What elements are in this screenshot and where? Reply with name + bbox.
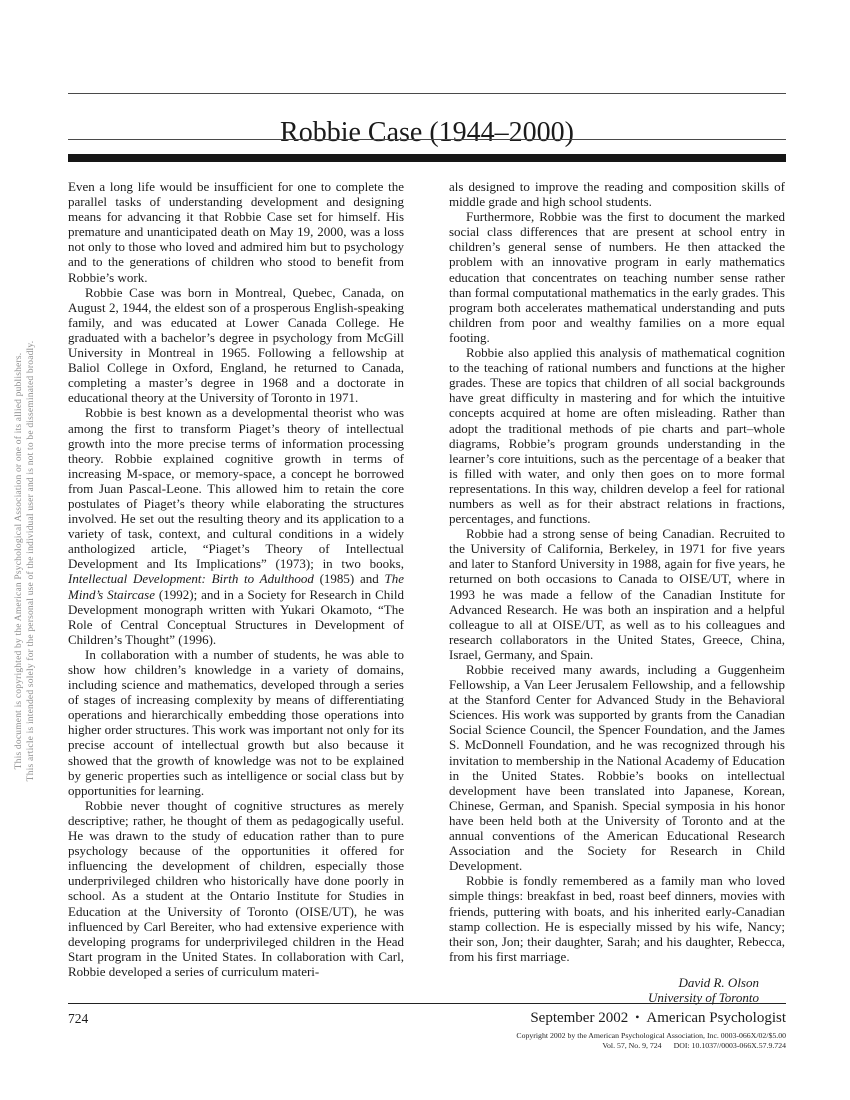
paragraph: Robbie received many awards, including a…	[449, 662, 785, 873]
paragraph: In collaboration with a number of studen…	[68, 647, 404, 798]
journal-date: September 2002	[530, 1010, 628, 1026]
sidebar-notice-line-2: This article is intended solely for the …	[26, 290, 38, 832]
text-run: als designed to improve the reading and …	[449, 179, 785, 209]
right-column: als designed to improve the reading and …	[449, 179, 785, 1006]
text-run: Robbie Case was born in Montreal, Quebec…	[68, 285, 404, 406]
journal-page: This document is copyrighted by the Amer…	[0, 0, 850, 1100]
text-run: In collaboration with a number of studen…	[68, 647, 404, 798]
sidebar-notice-line-1: This document is copyrighted by the Amer…	[14, 290, 26, 832]
text-run: Robbie also applied this analysis of mat…	[449, 345, 785, 526]
signature-block: David R. OlsonUniversity of Toronto	[449, 975, 785, 1006]
paragraph: Robbie is fondly remembered as a family …	[449, 873, 785, 964]
paragraph: Robbie never thought of cognitive struct…	[68, 798, 404, 979]
text-run: Even a long life would be insufficient f…	[68, 179, 404, 285]
paragraph: als designed to improve the reading and …	[449, 179, 785, 209]
text-run: (1985) and	[314, 571, 385, 586]
bullet-separator-icon: •	[635, 1010, 639, 1024]
article-body: Even a long life would be insufficient f…	[68, 179, 786, 1006]
footer-rule	[68, 1003, 786, 1004]
copyright-block: Copyright 2002 by the American Psycholog…	[516, 1031, 786, 1050]
paragraph: Even a long life would be insufficient f…	[68, 179, 404, 285]
title-rule-top	[68, 93, 786, 94]
paragraph: Robbie had a strong sense of being Canad…	[449, 526, 785, 662]
volume-doi-line: Vol. 57, No. 9, 724DOI: 10.1037//0003-06…	[516, 1041, 786, 1051]
copyright-line: Copyright 2002 by the American Psycholog…	[516, 1031, 786, 1041]
text-run: Robbie had a strong sense of being Canad…	[449, 526, 785, 662]
article-title: Robbie Case (1944–2000)	[68, 116, 786, 150]
text-run: Robbie received many awards, including a…	[449, 662, 785, 873]
journal-name: American Psychologist	[646, 1010, 786, 1026]
paragraph: Robbie Case was born in Montreal, Quebec…	[68, 285, 404, 406]
page-number: 724	[68, 1011, 88, 1027]
volume-info: Vol. 57, No. 9, 724	[602, 1041, 661, 1050]
left-column: Even a long life would be insufficient f…	[68, 179, 404, 1006]
journal-line: September 2002•American Psychologist	[530, 1010, 786, 1027]
text-run: Robbie never thought of cognitive struct…	[68, 798, 404, 979]
title-rule-bottom	[68, 139, 786, 140]
text-run: Robbie is fondly remembered as a family …	[449, 873, 785, 963]
section-divider-bar	[68, 154, 786, 162]
paragraph: Robbie also applied this analysis of mat…	[449, 345, 785, 526]
paragraph: Robbie is best known as a developmental …	[68, 405, 404, 647]
text-run: Furthermore, Robbie was the first to doc…	[449, 209, 785, 345]
text-run: Robbie is best known as a developmental …	[68, 405, 404, 571]
italic-text-run: Intellectual Development: Birth to Adult…	[68, 571, 314, 586]
paragraph: Furthermore, Robbie was the first to doc…	[449, 209, 785, 345]
copyright-sidebar-notice: This document is copyrighted by the Amer…	[14, 290, 37, 832]
signature-name: David R. Olson	[449, 975, 759, 991]
doi: DOI: 10.1037//0003-066X.57.9.724	[674, 1041, 786, 1050]
